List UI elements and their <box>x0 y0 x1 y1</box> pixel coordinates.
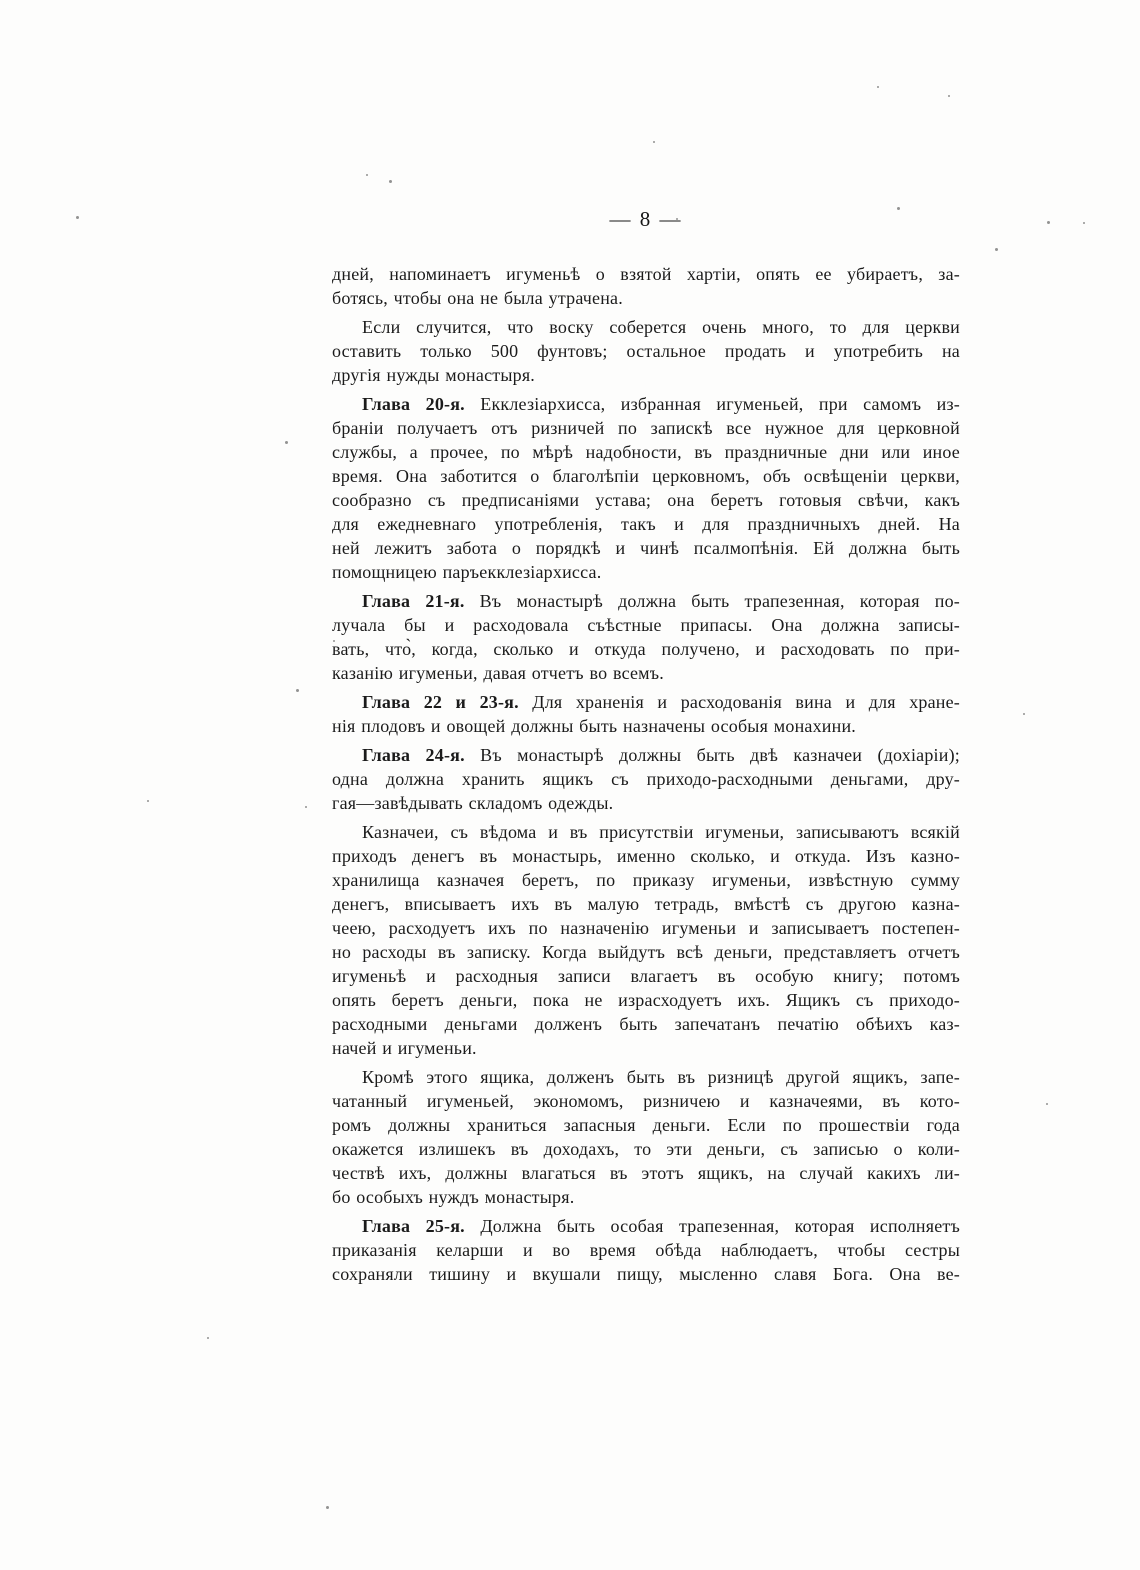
scan-speck <box>389 180 392 183</box>
text-line: хранилища казначея беретъ, по приказу иг… <box>332 868 960 892</box>
scanned-book-page: — 8 — дней, напоминаетъ игуменьѣ о взято… <box>0 0 1140 1570</box>
text-line: лучала бы и расходовала съѣстные припасы… <box>332 613 960 637</box>
text-line: Глава 22 и 23-я. Для храненія и расходов… <box>332 690 960 714</box>
page-number-header: — 8 — <box>332 206 960 232</box>
paragraph: Глава 24-я. Въ монастырѣ должны быть двѣ… <box>332 743 960 815</box>
text-line: бо особыхъ нуждъ монастыря. <box>332 1185 960 1209</box>
text-line: вать, что̀, когда, сколько и откуда полу… <box>332 637 960 661</box>
text-column: дней, напоминаетъ игуменьѣ о взятой харт… <box>332 262 960 1286</box>
scan-speck <box>1023 713 1025 715</box>
text-line: Если случится, что воску соберется очень… <box>332 315 960 339</box>
scan-speck <box>207 1337 209 1339</box>
text-line: ромъ должны храниться запасныя деньги. Е… <box>332 1113 960 1137</box>
text-line: Казначеи, съ вѣдома и въ присутствіи игу… <box>332 820 960 844</box>
page-content: — 8 — дней, напоминаетъ игуменьѣ о взято… <box>332 206 960 1286</box>
chapter-heading: Глава 25-я. <box>362 1216 465 1236</box>
text-run: Въ монастырѣ должны быть двѣ казначеи (д… <box>480 745 960 765</box>
text-line: приказанія келарши и во время обѣда набл… <box>332 1238 960 1262</box>
text-line: для ежедневнаго употребленія, такъ и для… <box>332 512 960 536</box>
text-line: Глава 25-я. Должна быть особая трапезенн… <box>332 1214 960 1238</box>
scan-speck <box>1047 221 1050 224</box>
paragraph: Глава 21-я. Въ монастырѣ должна быть тра… <box>332 589 960 685</box>
text-run: Для храненія и расходованія вина и для х… <box>532 692 960 712</box>
text-line: службы, а прочее, по мѣрѣ надобности, въ… <box>332 440 960 464</box>
scan-speck <box>76 216 79 219</box>
text-line: начей и игуменьи. <box>332 1036 960 1060</box>
text-line: сообразно съ предписаніями устава; она б… <box>332 488 960 512</box>
text-line: окажется излишекъ въ доходахъ, то эти де… <box>332 1137 960 1161</box>
scan-speck <box>326 1506 329 1509</box>
text-line: нія плодовъ и овощей должны быть назначе… <box>332 714 960 738</box>
scan-speck <box>366 174 368 176</box>
text-line: опять беретъ деньги, пока не израсходует… <box>332 988 960 1012</box>
text-line: Глава 20-я. Екклезіархисса, избранная иг… <box>332 392 960 416</box>
chapter-heading: Глава 24-я. <box>362 745 465 765</box>
text-line: но расходы въ записку. Когда выйдутъ всѣ… <box>332 940 960 964</box>
text-line: время. Она заботится о благолѣпіи церков… <box>332 464 960 488</box>
text-line: чеею, расходуетъ ихъ по назначенію игуме… <box>332 916 960 940</box>
scan-speck <box>296 689 299 692</box>
text-line: дней, напоминаетъ игуменьѣ о взятой харт… <box>332 262 960 286</box>
text-run: Въ монастырѣ должна быть трапезенная, ко… <box>480 591 960 611</box>
chapter-heading: Глава 21-я. <box>362 591 465 611</box>
chapter-heading: Глава 22 и 23-я. <box>362 692 519 712</box>
text-line: браніи получаетъ отъ ризничей по запискѣ… <box>332 416 960 440</box>
text-line: сохраняли тишину и вкушали пищу, мысленн… <box>332 1262 960 1286</box>
text-line: ботясь, чтобы она не была утрачена. <box>332 286 960 310</box>
text-line: чатанный игуменьей, экономомъ, ризничею … <box>332 1089 960 1113</box>
paragraph: Глава 20-я. Екклезіархисса, избранная иг… <box>332 392 960 584</box>
text-line: казанію игуменьи, давая отчетъ во всемъ. <box>332 661 960 685</box>
text-line: одна должна хранить ящикъ съ приходо-рас… <box>332 767 960 791</box>
scan-speck <box>1083 222 1085 224</box>
paragraph: Казначеи, съ вѣдома и въ присутствіи игу… <box>332 820 960 1060</box>
chapter-heading: Глава 20-я. <box>362 394 465 414</box>
scan-speck <box>897 207 900 210</box>
paragraph: Кромѣ этого ящика, долженъ быть въ ризни… <box>332 1065 960 1209</box>
paragraph: Глава 22 и 23-я. Для храненія и расходов… <box>332 690 960 738</box>
text-line: Кромѣ этого ящика, долженъ быть въ ризни… <box>332 1065 960 1089</box>
scan-speck <box>333 640 335 642</box>
scan-speck <box>948 95 950 97</box>
scan-speck <box>877 86 879 88</box>
text-line: гая—завѣдывать складомъ одежды. <box>332 791 960 815</box>
text-line: денегъ, вписываетъ ихъ въ малую тетрадь,… <box>332 892 960 916</box>
text-line: помощницею паръекклезіархисса. <box>332 560 960 584</box>
scan-speck <box>1046 1103 1048 1105</box>
scan-speck <box>147 800 149 802</box>
scan-speck <box>995 248 998 251</box>
text-run: Должна быть особая трапезенная, которая … <box>480 1216 960 1236</box>
scan-speck <box>676 218 678 220</box>
scan-speck <box>285 441 288 444</box>
text-line: чествѣ ихъ, должны влагаться въ этотъ ящ… <box>332 1161 960 1185</box>
text-line: другія нужды монастыря. <box>332 363 960 387</box>
scan-speck <box>653 141 655 143</box>
text-line: Глава 21-я. Въ монастырѣ должна быть тра… <box>332 589 960 613</box>
text-line: расходными деньгами долженъ быть запечат… <box>332 1012 960 1036</box>
text-run: Екклезіархисса, избранная игуменьей, при… <box>480 394 960 414</box>
paragraph: Глава 25-я. Должна быть особая трапезенн… <box>332 1214 960 1286</box>
paragraph: Если случится, что воску соберется очень… <box>332 315 960 387</box>
scan-speck <box>305 806 307 808</box>
text-line: оставить только 500 фунтовъ; остальное п… <box>332 339 960 363</box>
text-line: игуменьѣ и расходныя записи влагаетъ въ … <box>332 964 960 988</box>
text-line: приходъ денегъ въ монастырь, именно скол… <box>332 844 960 868</box>
text-line: ней лежитъ забота о порядкѣ и чинѣ псалм… <box>332 536 960 560</box>
text-line: Глава 24-я. Въ монастырѣ должны быть двѣ… <box>332 743 960 767</box>
paragraph: дней, напоминаетъ игуменьѣ о взятой харт… <box>332 262 960 310</box>
